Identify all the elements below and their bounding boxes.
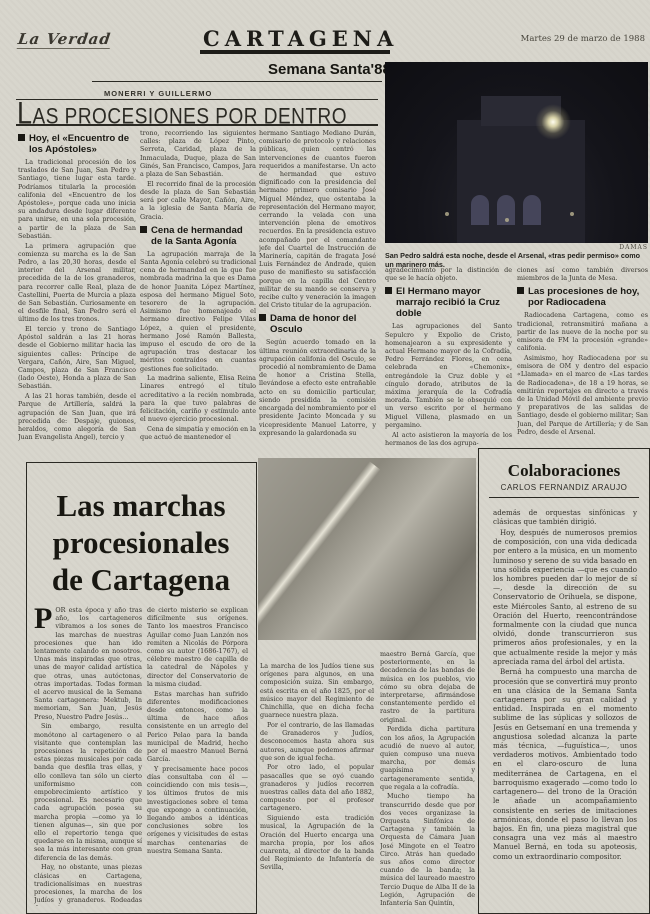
paragraph: Berná ha compuesto una marcha de procesi…	[493, 667, 637, 860]
photo-credit: DAMAS	[560, 244, 648, 251]
newspaper-logo: La Verdad	[17, 30, 113, 49]
issue-date: Martes 29 de marzo de 1988	[505, 34, 645, 44]
paragraph: Y precisamente hace pocos días consultab…	[147, 765, 248, 855]
paragraph: La marcha de los Judíos tiene sus orígen…	[260, 662, 374, 719]
paragraph: hermano Santiago Mediano Durán, comisari…	[259, 129, 376, 309]
colaboraciones-title: Colaboraciones	[479, 461, 649, 481]
paragraph: además de orquestas sinfónicas y clásica…	[493, 508, 637, 526]
paragraph: Sin embargo, resulta monótono al cartage…	[34, 722, 142, 861]
subhead-text: Dama de honor del Osculo	[270, 313, 376, 335]
subhead-dama-honor: Dama de honor del Osculo	[259, 313, 376, 335]
paragraph: Las agrupaciones del Santo Sepulcro y Ex…	[385, 322, 512, 429]
colaboraciones-rule	[489, 497, 639, 498]
street-light	[505, 218, 509, 222]
photo-light-streak	[258, 461, 381, 640]
paragraph: Al acto asistieron la mayoría de los her…	[385, 431, 512, 447]
paragraph: A las 21 horas también, desde el Parque …	[18, 392, 136, 441]
paragraph: Estas marchas han sufrido diferentes mod…	[147, 690, 248, 764]
subhead-radiocadena: Las procesiones de hoy, por Radiocadena	[517, 286, 648, 308]
subhead-encuentro: Hoy, el «Encuentro de los Apóstoles»	[18, 133, 136, 155]
paragraph: ciones así como también diversos miembro…	[517, 266, 648, 282]
paragraph: El recorrido final de la procesión desde…	[140, 180, 256, 221]
bullet-square-icon	[140, 226, 147, 233]
marchas-column-b: de cierto misterio se explican difícilme…	[147, 606, 248, 906]
marchas-column-c: La marcha de los Judíos tiene sus orígen…	[260, 662, 374, 910]
bullet-square-icon	[517, 287, 524, 294]
lead-column-2: trono, recorriendo las siguientes calles…	[140, 129, 256, 469]
colaboraciones-box: Colaboraciones CARLOS FERNANDIZ ARAUJO a…	[478, 448, 650, 914]
lead-column-5: ciones así como también diversos miembro…	[517, 266, 648, 458]
arch-shape	[471, 195, 489, 225]
subhead-text: El Hermano mayor marrajo recibió la Cruz…	[396, 286, 512, 319]
street-light	[445, 212, 449, 216]
dropcap-letter: P	[34, 607, 52, 631]
paragraph: agradecimiento por la distinción de que …	[385, 266, 512, 282]
paragraph: de cierto misterio se explican difícilme…	[147, 606, 248, 688]
bullet-square-icon	[385, 287, 392, 294]
bullet-square-icon	[18, 134, 25, 141]
lead-column-1: Hoy, el «Encuentro de los Apóstoles» La …	[18, 129, 136, 445]
paragraph: Cena de simpatía y emoción en la que act…	[140, 425, 256, 441]
paragraph: La agrupación marraja de la Santa Agonía…	[140, 250, 256, 373]
marchas-column-a: POR esta época y año tras año, los carta…	[34, 606, 142, 906]
paragraph: Hoy, después de numerosos premios de com…	[493, 528, 637, 666]
paragraph: Hay, no obstante, unas piezas clásicas e…	[34, 863, 142, 906]
paragraph-dropcap: POR esta época y año tras año, los carta…	[34, 606, 142, 721]
paragraph: maestro Berná García, que posteriormente…	[380, 650, 475, 724]
marchas-column-d: maestro Berná García, que posteriormente…	[380, 650, 475, 910]
lead-headline: LAS PROCESIONES POR DENTRO	[17, 95, 347, 132]
paragraph: Según acuerdo tomado en la última reunió…	[259, 338, 376, 436]
subhead-text: Cena de hermandad de la Santa Agonía	[151, 225, 256, 247]
paragraph: La primera agrupación que comienza su ma…	[18, 242, 136, 324]
marchas-headline: Las marchas procesionales de Cartagena	[34, 487, 248, 598]
subhead-hermano-mayor: El Hermano mayor marrajo recibió la Cruz…	[385, 286, 512, 319]
paragraph: trono, recorriendo las siguientes calles…	[140, 129, 256, 178]
paragraph: Por otro lado, el popular pasacalles que…	[260, 763, 374, 812]
headline-bottom-rule	[16, 124, 378, 126]
paragraph: Siguiendo esta tradición musical, la Agr…	[260, 814, 374, 871]
subhead-text: Las procesiones de hoy, por Radiocadena	[528, 286, 648, 308]
paragraph: La tradicional procesión de los traslado…	[18, 158, 136, 240]
section-title: CARTAGENA	[203, 26, 398, 51]
illuminated-cross-glow	[535, 104, 571, 140]
photo-san-pedro-arsenal	[385, 62, 648, 243]
paragraph: La madrina saliente, Elisa Reina Linares…	[140, 374, 256, 423]
colaboraciones-column: además de orquestas sinfónicas y clásica…	[493, 508, 637, 898]
street-light	[570, 212, 574, 216]
paragraph: Asimismo, hoy Radiocadena por su emisora…	[517, 354, 648, 436]
semana-santa-banner: Semana Santa'88	[268, 61, 391, 78]
lead-column-4: agradecimiento por la distinción de que …	[385, 266, 512, 458]
paragraph: Mucho tiempo ha transcurrido desde que p…	[380, 792, 475, 907]
section-title-rule	[200, 50, 390, 54]
banner-rule	[92, 81, 382, 82]
paragraph: Radiocadena Cartagena, como es tradicion…	[517, 311, 648, 352]
photo-marchas	[258, 458, 476, 640]
subhead-text: Hoy, el «Encuentro de los Apóstoles»	[29, 133, 136, 155]
paragraph: Perdida dicha partitura con los años, la…	[380, 725, 475, 791]
paragraph: Por el contrario, de las llamadas de Gra…	[260, 721, 374, 762]
paragraph: El tercio y trono de Santiago Apóstol sa…	[18, 325, 136, 391]
subhead-cena-hermandad: Cena de hermandad de la Santa Agonía	[140, 225, 256, 247]
lead-column-3: hermano Santiago Mediano Durán, comisari…	[259, 129, 376, 459]
bullet-square-icon	[259, 314, 266, 321]
arch-shape	[523, 195, 541, 225]
colaboraciones-author: CARLOS FERNANDIZ ARAUJO	[479, 483, 649, 492]
newspaper-page: La Verdad CARTAGENA Martes 29 de marzo d…	[0, 0, 650, 914]
